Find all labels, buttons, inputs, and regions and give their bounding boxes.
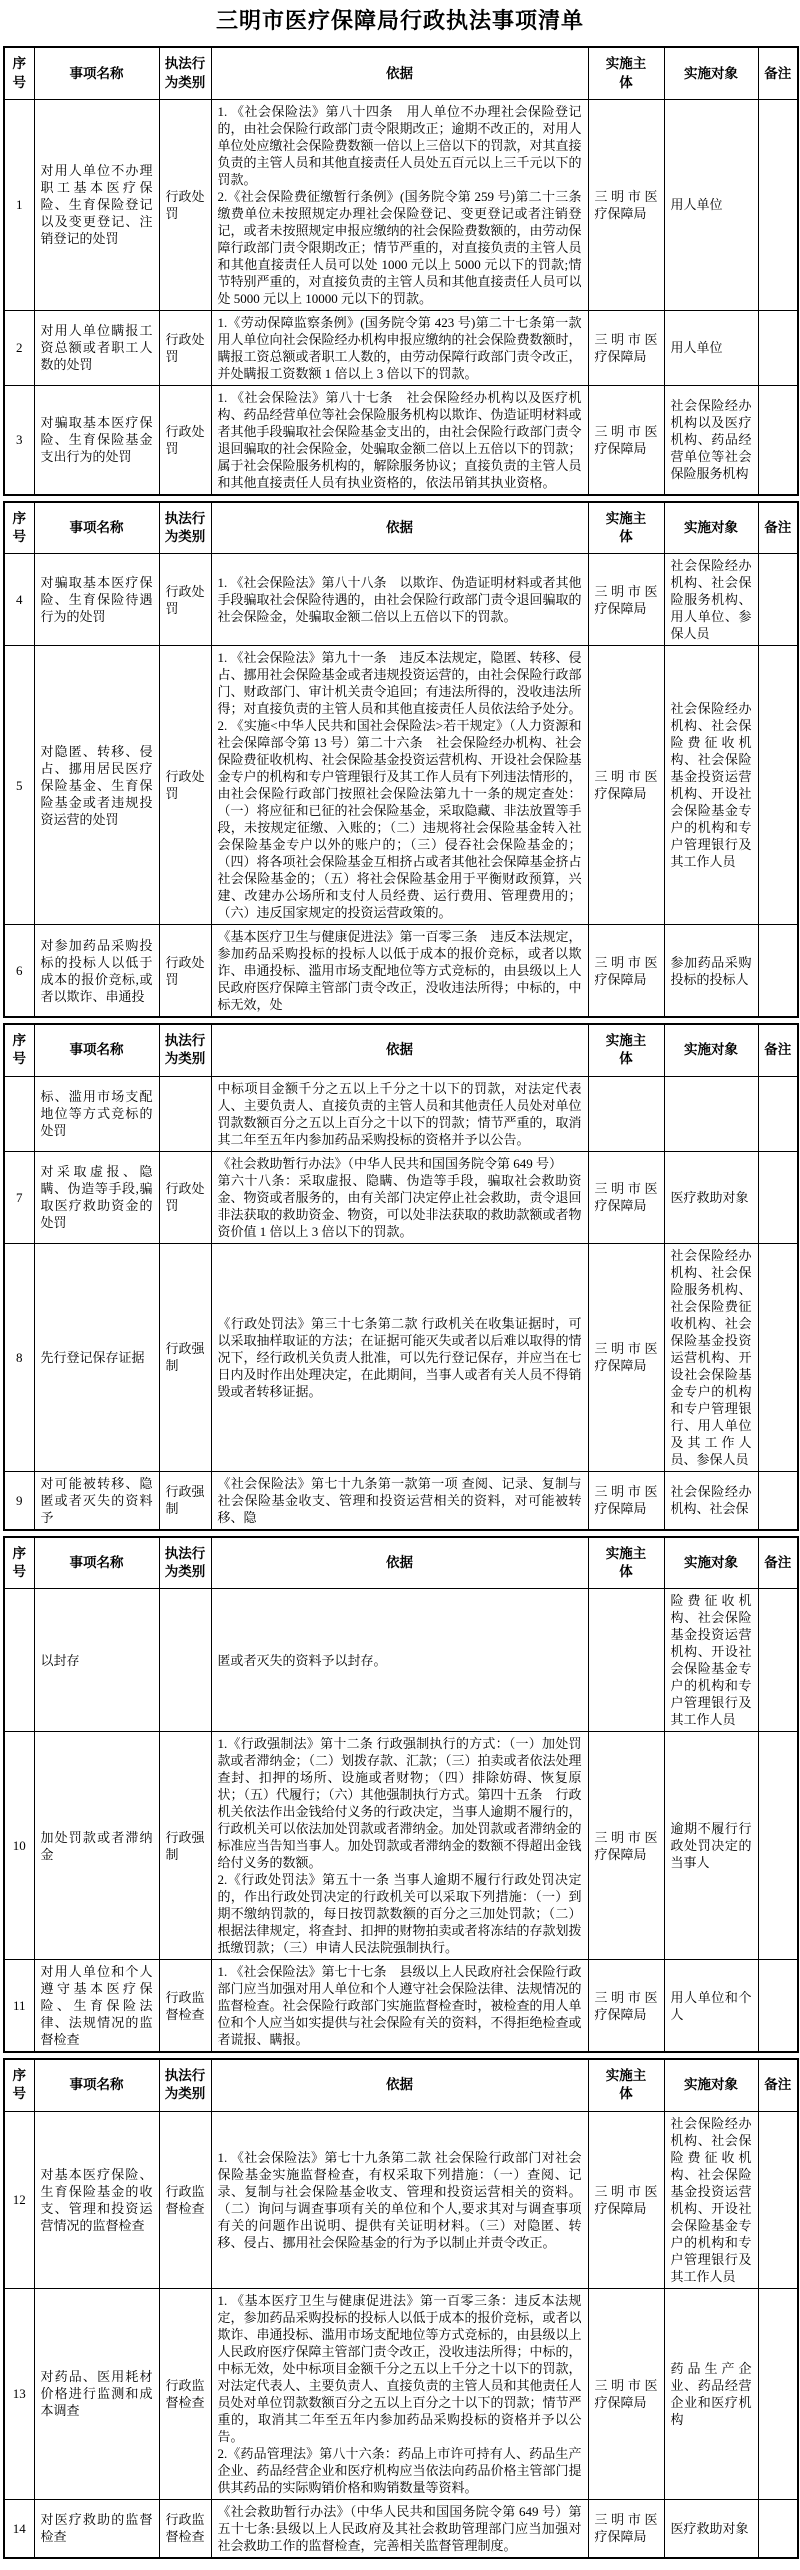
basis-paragraph: 1.《行政强制法》第十二条 行政强制执行的方式：（一）加处罚款或者滞纳金；（二）…: [218, 1735, 582, 1871]
cell-name: 以封存: [34, 1589, 159, 1732]
basis-paragraph: 2. 《实施<中华人民共和国社会保险法>若干规定》（人力资源和社会保障部令第 1…: [218, 717, 582, 921]
cell-target: 社会保险经办机构、社会保险服务机构、社会保险费征收机构、社会保险基金投资运营机构…: [664, 1243, 758, 1471]
page-table-5: 序号事项名称执法行为类别依据实施主体实施对象备注12对基本医疗保险、生育保险基金…: [3, 2058, 799, 2558]
cell-category: 行政强制: [159, 1471, 211, 1530]
header-no: 序号: [4, 1537, 34, 1589]
basis-paragraph: 匿或者灭失的资料予以封存。: [218, 1652, 582, 1669]
cell-target: 参加药品采购投标的投标人: [664, 925, 758, 1018]
cell-remark: [758, 99, 798, 310]
cell-basis: 1. 《社会保险法》第八十七条 社会保险经办机构以及医疗机构、药品经营单位等社会…: [211, 385, 588, 495]
header-row: 序号事项名称执法行为类别依据实施主体实施对象备注: [4, 2059, 798, 2111]
cell-no: [4, 1589, 34, 1732]
cell-name: 加处罚款或者滞纳金: [34, 1732, 159, 1960]
header-no: 序号: [4, 2059, 34, 2111]
header-basis: 依据: [211, 2059, 588, 2111]
table-row: 5对隐匿、转移、侵占、挪用居民医疗保险基金、生育保险基金或者违规投资运营的处罚行…: [4, 646, 798, 925]
basis-paragraph: 1. 《社会保险法》第八十七条 社会保险经办机构以及医疗机构、药品经营单位等社会…: [218, 389, 582, 491]
header-target: 实施对象: [664, 2059, 758, 2111]
cell-target: 医疗救助对象: [664, 1151, 758, 1243]
tables-container: 序号事项名称执法行为类别依据实施主体实施对象备注1对用人单位不办理职工基本医疗保…: [3, 46, 797, 2558]
cell-category: 行政处罚: [159, 385, 211, 495]
cell-target: 社会保险经办机构、社会保: [664, 1471, 758, 1530]
cell-name: 对参加药品采购投标的投标人以低于成本的报价竞标,或者以欺诈、串通投: [34, 925, 159, 1018]
cell-name: 对用人单位瞒报工资总额或者职工人数的处罚: [34, 310, 159, 385]
table-row: 14对医疗救助的监督检查行政监督检查《社会救助暂行办法》（中华人民共和国国务院令…: [4, 2499, 798, 2558]
cell-no: 2: [4, 310, 34, 385]
cell-category: 行政强制: [159, 1243, 211, 1471]
header-target: 实施对象: [664, 1024, 758, 1076]
header-subject: 实施主体: [588, 502, 664, 554]
cell-category: 行政监督检查: [159, 2499, 211, 2558]
cell-basis: 1. 《社会保险法》第九十一条 违反本法规定，隐匿、转移、侵占、挪用社会保险基金…: [211, 646, 588, 925]
cell-name: 标、滥用市场支配地位等方式竞标的处罚: [34, 1076, 159, 1151]
cell-basis: 1. 《基本医疗卫生与健康促进法》第一百零三条：违反本法规定，参加药品采购投标的…: [211, 2288, 588, 2499]
cell-name: 对医疗救助的监督检查: [34, 2499, 159, 2558]
page-table-1: 序号事项名称执法行为类别依据实施主体实施对象备注1对用人单位不办理职工基本医疗保…: [3, 46, 799, 495]
header-row: 序号事项名称执法行为类别依据实施主体实施对象备注: [4, 1537, 798, 1589]
cell-name: 对用人单位不办理职工基本医疗保险、生育保险登记以及变更登记、注销登记的处罚: [34, 99, 159, 310]
cell-basis: 1.《行政强制法》第十二条 行政强制执行的方式：（一）加处罚款或者滞纳金；（二）…: [211, 1732, 588, 1960]
header-no: 序号: [4, 47, 34, 99]
table-row: 6对参加药品采购投标的投标人以低于成本的报价竞标,或者以欺诈、串通投行政处罚《基…: [4, 925, 798, 1018]
cell-basis: 1. 《社会保险法》第八十四条 用人单位不办理社会保险登记的，由社会保险行政部门…: [211, 99, 588, 310]
cell-target: 药品生产企业、药品经营企业和医疗机构: [664, 2288, 758, 2499]
header-remark: 备注: [758, 2059, 798, 2111]
cell-basis: 《行政处罚法》第三十七条第二款 行政机关在收集证据时，可以采取抽样取证的方法；在…: [211, 1243, 588, 1471]
cell-target: 医疗救助对象: [664, 2499, 758, 2558]
cell-remark: [758, 1471, 798, 1530]
header-target: 实施对象: [664, 47, 758, 99]
cell-name: 对骗取基本医疗保险、生育保险待遇行为的处罚: [34, 554, 159, 646]
cell-remark: [758, 1243, 798, 1471]
header-name: 事项名称: [34, 2059, 159, 2111]
cell-category: 行政监督检查: [159, 1960, 211, 2053]
header-basis: 依据: [211, 1024, 588, 1076]
cell-category: [159, 1589, 211, 1732]
basis-paragraph: 1. 《社会保险法》第七十七条 县级以上人民政府社会保险行政部门应当加强对用人单…: [218, 1963, 582, 2048]
cell-target: 用人单位: [664, 310, 758, 385]
header-name: 事项名称: [34, 502, 159, 554]
table-row: 13对药品、医用耗材价格进行监测和成本调查行政监督检查1. 《基本医疗卫生与健康…: [4, 2288, 798, 2499]
table-row: 12对基本医疗保险、生育保险基金的收支、管理和投资运营情况的监督检查行政监督检查…: [4, 2111, 798, 2288]
cell-remark: [758, 1589, 798, 1732]
basis-paragraph: 2.《社会保险费征缴暂行条例》(国务院令第 259 号)第二十三条 缴费单位未按…: [218, 188, 582, 307]
cell-name: 对基本医疗保险、生育保险基金的收支、管理和投资运营情况的监督检查: [34, 2111, 159, 2288]
cell-subject: 三明市医疗保障局: [588, 1960, 664, 2053]
cell-subject: 三明市医疗保障局: [588, 2288, 664, 2499]
cell-basis: 1. 《社会保险法》第七十九条第二款 社会保险行政部门对社会保险基金实施监督检查…: [211, 2111, 588, 2288]
basis-paragraph: 《行政处罚法》第三十七条第二款 行政机关在收集证据时，可以采取抽样取证的方法；在…: [218, 1315, 582, 1400]
cell-name: 对药品、医用耗材价格进行监测和成本调查: [34, 2288, 159, 2499]
basis-paragraph: 《社会救助暂行办法》（中华人民共和国国务院令第 649 号）: [218, 1155, 582, 1172]
cell-basis: 《基本医疗卫生与健康促进法》第一百零三条 违反本法规定，参加药品采购投标的投标人…: [211, 925, 588, 1018]
basis-paragraph: 1. 《社会保险法》第七十九条第二款 社会保险行政部门对社会保险基金实施监督检查…: [218, 2149, 582, 2251]
cell-target: 险费征收机构、社会保险基金投资运营机构、开设社会保险基金专户的机构和专户管理银行…: [664, 1589, 758, 1732]
table-row: 1对用人单位不办理职工基本医疗保险、生育保险登记以及变更登记、注销登记的处罚行政…: [4, 99, 798, 310]
table-row: 7对采取虚报、隐瞒、伪造等手段,骗取医疗救助资金的处罚行政处罚《社会救助暂行办法…: [4, 1151, 798, 1243]
basis-paragraph: 1.《劳动保障监察条例》(国务院令第 423 号)第二十七条第一款 用人单位向社…: [218, 314, 582, 382]
table-row: 3对骗取基本医疗保险、生育保险基金支出行为的处罚行政处罚1. 《社会保险法》第八…: [4, 385, 798, 495]
header-basis: 依据: [211, 502, 588, 554]
header-subject: 实施主体: [588, 2059, 664, 2111]
cell-remark: [758, 1960, 798, 2053]
cell-basis: 中标项目金额千分之五以上千分之十以下的罚款，对法定代表人、主要负责人、直接负责的…: [211, 1076, 588, 1151]
cell-remark: [758, 2288, 798, 2499]
cell-remark: [758, 1732, 798, 1960]
cell-subject: [588, 1076, 664, 1151]
basis-paragraph: 《社会救助暂行办法》（中华人民共和国国务院令第 649 号）第五十七条:县级以上…: [218, 2503, 582, 2554]
cell-remark: [758, 1151, 798, 1243]
table-row: 2对用人单位瞒报工资总额或者职工人数的处罚行政处罚1.《劳动保障监察条例》(国务…: [4, 310, 798, 385]
cell-subject: 三明市医疗保障局: [588, 1732, 664, 1960]
cell-remark: [758, 2499, 798, 2558]
cell-subject: 三明市医疗保障局: [588, 385, 664, 495]
cell-subject: 三明市医疗保障局: [588, 310, 664, 385]
basis-paragraph: 《社会保险法》第七十九条第一款第一项 查阅、记录、复制与社会保险基金收支、管理和…: [218, 1475, 582, 1526]
cell-remark: [758, 2111, 798, 2288]
header-basis: 依据: [211, 1537, 588, 1589]
cell-subject: 三明市医疗保障局: [588, 646, 664, 925]
basis-paragraph: 1. 《基本医疗卫生与健康促进法》第一百零三条：违反本法规定，参加药品采购投标的…: [218, 2292, 582, 2445]
table-row: 4对骗取基本医疗保险、生育保险待遇行为的处罚行政处罚1. 《社会保险法》第八十八…: [4, 554, 798, 646]
cell-target: 社会保险经办机构以及医疗机构、药品经营单位等社会保险服务机构: [664, 385, 758, 495]
cell-target: 社会保险经办机构、社会保险费征收机构、社会保险基金投资运营机构、开设社会保险基金…: [664, 2111, 758, 2288]
cell-basis: 《社会救助暂行办法》（中华人民共和国国务院令第 649 号）第五十七条:县级以上…: [211, 2499, 588, 2558]
cell-target: 用人单位和个人: [664, 1960, 758, 2053]
header-category: 执法行为类别: [159, 1024, 211, 1076]
cell-no: 12: [4, 2111, 34, 2288]
table-row: 11对用人单位和个人遵守基本医疗保险、生育保险法律、法规情况的监督检查行政监督检…: [4, 1960, 798, 2053]
cell-subject: 三明市医疗保障局: [588, 925, 664, 1018]
basis-paragraph: 第六十八条：采取虚报、隐瞒、伪造等手段，骗取社会救助资金、物资或者服务的，由有关…: [218, 1172, 582, 1240]
header-row: 序号事项名称执法行为类别依据实施主体实施对象备注: [4, 502, 798, 554]
cell-basis: 1. 《社会保险法》第七十七条 县级以上人民政府社会保险行政部门应当加强对用人单…: [211, 1960, 588, 2053]
header-category: 执法行为类别: [159, 1537, 211, 1589]
cell-category: 行政处罚: [159, 1151, 211, 1243]
cell-category: 行政处罚: [159, 554, 211, 646]
table-row: 标、滥用市场支配地位等方式竞标的处罚中标项目金额千分之五以上千分之十以下的罚款，…: [4, 1076, 798, 1151]
header-basis: 依据: [211, 47, 588, 99]
cell-subject: 三明市医疗保障局: [588, 1151, 664, 1243]
cell-name: 对隐匿、转移、侵占、挪用居民医疗保险基金、生育保险基金或者违规投资运营的处罚: [34, 646, 159, 925]
basis-paragraph: 《基本医疗卫生与健康促进法》第一百零三条 违反本法规定，参加药品采购投标的投标人…: [218, 928, 582, 1013]
header-subject: 实施主体: [588, 47, 664, 99]
cell-no: 10: [4, 1732, 34, 1960]
basis-paragraph: 1. 《社会保险法》第八十八条 以欺诈、伪造证明材料或者其他手段骗取社会保险待遇…: [218, 574, 582, 625]
cell-basis: 《社会保险法》第七十九条第一款第一项 查阅、记录、复制与社会保险基金收支、管理和…: [211, 1471, 588, 1530]
cell-subject: 三明市医疗保障局: [588, 2111, 664, 2288]
basis-paragraph: 2.《行政处罚法》第五十一条 当事人逾期不履行行政处罚决定的，作出行政处罚决定的…: [218, 1871, 582, 1956]
basis-paragraph: 2.《药品管理法》第八十六条：药品上市许可持有人、药品生产企业、药品经营企业和医…: [218, 2445, 582, 2496]
cell-remark: [758, 925, 798, 1018]
cell-subject: [588, 1589, 664, 1732]
cell-category: 行政强制: [159, 1732, 211, 1960]
cell-name: 对可能被转移、隐匿或者灭失的资料予: [34, 1471, 159, 1530]
header-row: 序号事项名称执法行为类别依据实施主体实施对象备注: [4, 47, 798, 99]
cell-remark: [758, 554, 798, 646]
header-remark: 备注: [758, 47, 798, 99]
header-name: 事项名称: [34, 1024, 159, 1076]
cell-name: 先行登记保存证据: [34, 1243, 159, 1471]
cell-no: 13: [4, 2288, 34, 2499]
cell-no: 4: [4, 554, 34, 646]
cell-category: 行政监督检查: [159, 2111, 211, 2288]
cell-target: 逾期不履行行政处罚决定的当事人: [664, 1732, 758, 1960]
header-no: 序号: [4, 1024, 34, 1076]
cell-no: 8: [4, 1243, 34, 1471]
cell-target: [664, 1076, 758, 1151]
header-target: 实施对象: [664, 502, 758, 554]
cell-no: 5: [4, 646, 34, 925]
header-no: 序号: [4, 502, 34, 554]
header-remark: 备注: [758, 502, 798, 554]
cell-name: 对采取虚报、隐瞒、伪造等手段,骗取医疗救助资金的处罚: [34, 1151, 159, 1243]
cell-category: 行政处罚: [159, 646, 211, 925]
header-category: 执法行为类别: [159, 502, 211, 554]
header-category: 执法行为类别: [159, 47, 211, 99]
header-category: 执法行为类别: [159, 2059, 211, 2111]
page-table-3: 序号事项名称执法行为类别依据实施主体实施对象备注标、滥用市场支配地位等方式竞标的…: [3, 1023, 799, 1530]
cell-no: 9: [4, 1471, 34, 1530]
basis-paragraph: 中标项目金额千分之五以上千分之十以下的罚款，对法定代表人、主要负责人、直接负责的…: [218, 1080, 582, 1148]
cell-category: 行政处罚: [159, 99, 211, 310]
cell-no: 6: [4, 925, 34, 1018]
cell-no: 7: [4, 1151, 34, 1243]
cell-subject: 三明市医疗保障局: [588, 1243, 664, 1471]
cell-basis: 1. 《社会保险法》第八十八条 以欺诈、伪造证明材料或者其他手段骗取社会保险待遇…: [211, 554, 588, 646]
header-subject: 实施主体: [588, 1024, 664, 1076]
cell-no: [4, 1076, 34, 1151]
cell-no: 11: [4, 1960, 34, 2053]
header-name: 事项名称: [34, 1537, 159, 1589]
cell-subject: 三明市医疗保障局: [588, 1471, 664, 1530]
table-row: 8先行登记保存证据行政强制《行政处罚法》第三十七条第二款 行政机关在收集证据时，…: [4, 1243, 798, 1471]
page-title: 三明市医疗保障局行政执法事项清单: [3, 8, 797, 34]
cell-no: 1: [4, 99, 34, 310]
cell-remark: [758, 385, 798, 495]
basis-paragraph: 1. 《社会保险法》第八十四条 用人单位不办理社会保险登记的，由社会保险行政部门…: [218, 103, 582, 188]
table-row: 10加处罚款或者滞纳金行政强制1.《行政强制法》第十二条 行政强制执行的方式：（…: [4, 1732, 798, 1960]
document: 三明市医疗保障局行政执法事项清单 序号事项名称执法行为类别依据实施主体实施对象备…: [0, 0, 800, 2570]
cell-remark: [758, 646, 798, 925]
header-subject: 实施主体: [588, 1537, 664, 1589]
cell-name: 对用人单位和个人遵守基本医疗保险、生育保险法律、法规情况的监督检查: [34, 1960, 159, 2053]
header-remark: 备注: [758, 1537, 798, 1589]
cell-target: 用人单位: [664, 99, 758, 310]
cell-basis: 1.《劳动保障监察条例》(国务院令第 423 号)第二十七条第一款 用人单位向社…: [211, 310, 588, 385]
header-target: 实施对象: [664, 1537, 758, 1589]
page-table-2: 序号事项名称执法行为类别依据实施主体实施对象备注4对骗取基本医疗保险、生育保险待…: [3, 501, 799, 1018]
cell-category: 行政处罚: [159, 310, 211, 385]
cell-category: 行政监督检查: [159, 2288, 211, 2499]
cell-remark: [758, 310, 798, 385]
cell-basis: 匿或者灭失的资料予以封存。: [211, 1589, 588, 1732]
header-remark: 备注: [758, 1024, 798, 1076]
page-table-4: 序号事项名称执法行为类别依据实施主体实施对象备注以封存匿或者灭失的资料予以封存。…: [3, 1536, 799, 2053]
table-row: 9对可能被转移、隐匿或者灭失的资料予行政强制《社会保险法》第七十九条第一款第一项…: [4, 1471, 798, 1530]
cell-subject: 三明市医疗保障局: [588, 554, 664, 646]
cell-category: [159, 1076, 211, 1151]
cell-remark: [758, 1076, 798, 1151]
cell-no: 14: [4, 2499, 34, 2558]
cell-basis: 《社会救助暂行办法》（中华人民共和国国务院令第 649 号）第六十八条：采取虚报…: [211, 1151, 588, 1243]
cell-subject: 三明市医疗保障局: [588, 2499, 664, 2558]
cell-no: 3: [4, 385, 34, 495]
cell-target: 社会保险经办机构、社会保险服务机构、用人单位、参保人员: [664, 554, 758, 646]
cell-name: 对骗取基本医疗保险、生育保险基金支出行为的处罚: [34, 385, 159, 495]
table-row: 以封存匿或者灭失的资料予以封存。险费征收机构、社会保险基金投资运营机构、开设社会…: [4, 1589, 798, 1732]
cell-subject: 三明市医疗保障局: [588, 99, 664, 310]
basis-paragraph: 1. 《社会保险法》第九十一条 违反本法规定，隐匿、转移、侵占、挪用社会保险基金…: [218, 649, 582, 717]
cell-category: 行政处罚: [159, 925, 211, 1018]
header-row: 序号事项名称执法行为类别依据实施主体实施对象备注: [4, 1024, 798, 1076]
cell-target: 社会保险经办机构、社会保险费征收机构、社会保险基金投资运营机构、开设社会保险基金…: [664, 646, 758, 925]
header-name: 事项名称: [34, 47, 159, 99]
